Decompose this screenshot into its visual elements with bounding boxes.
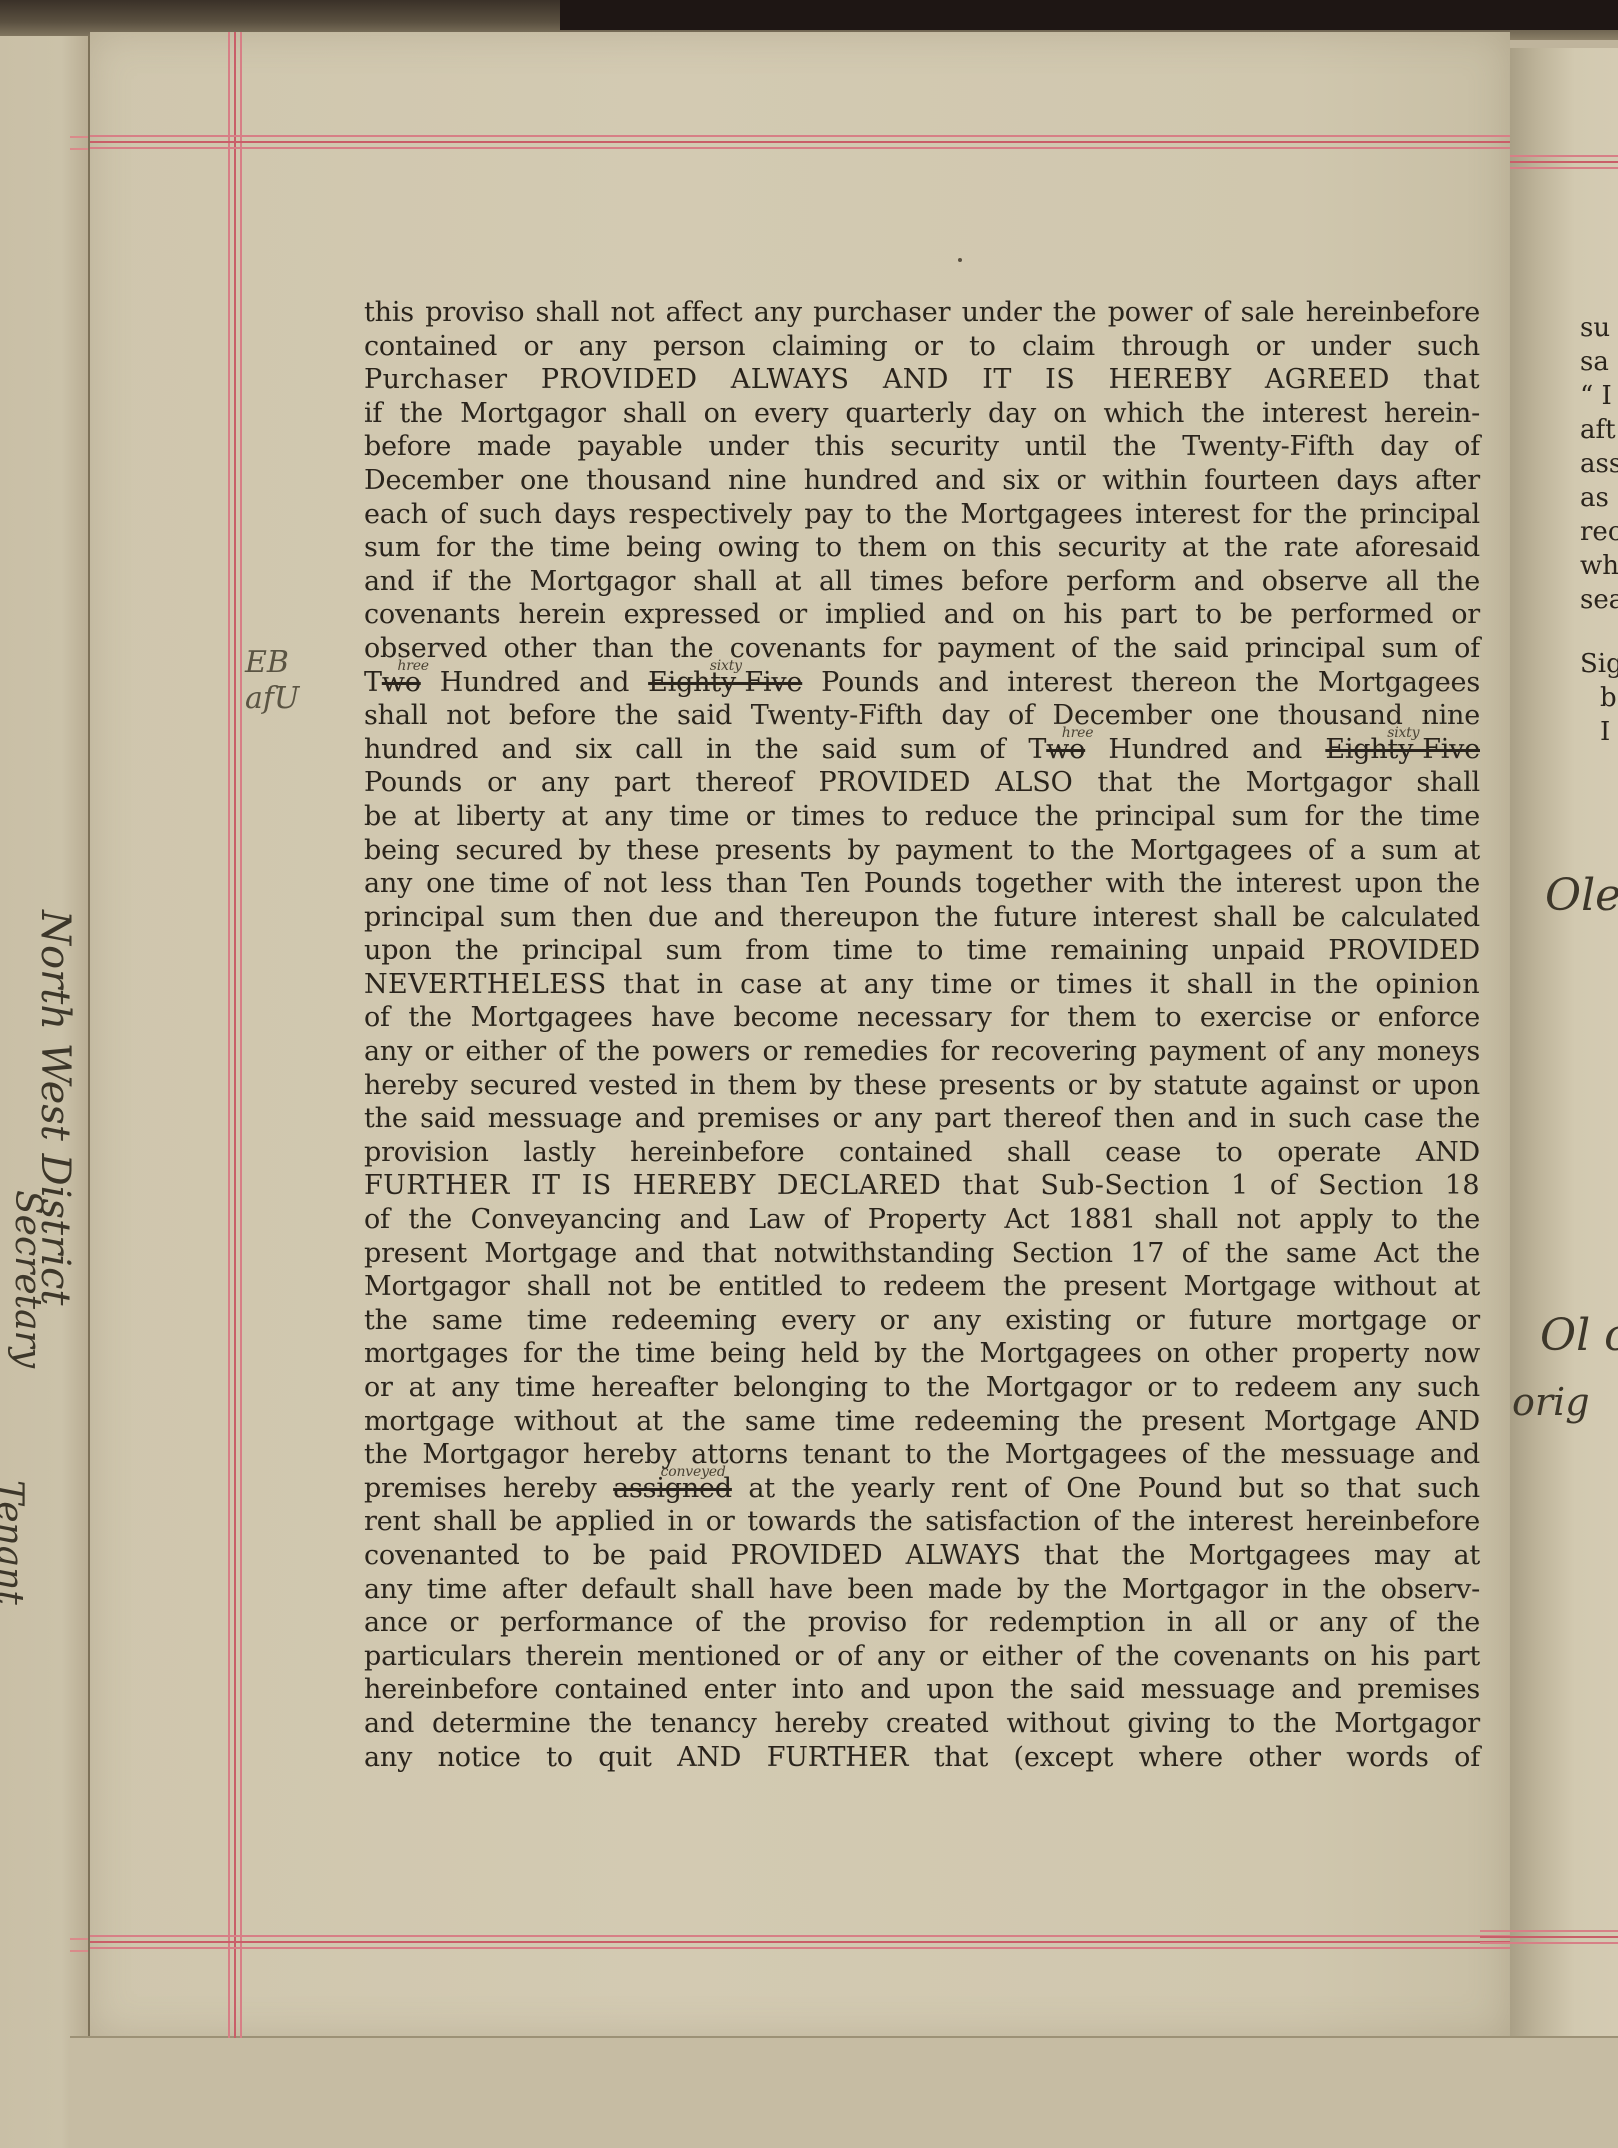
text-line: this proviso shall not affect any purcha… bbox=[364, 296, 1480, 330]
ruling-fragment bbox=[70, 1938, 88, 1952]
right-page-handwriting: Ol c bbox=[1540, 1310, 1618, 1361]
right-page-fragment: ass bbox=[1580, 448, 1618, 482]
text-line: contained or any person claiming or to c… bbox=[364, 330, 1480, 364]
text-line: NEVERTHELESS that in case at any time or… bbox=[364, 968, 1480, 1002]
margin-initials: EB afU bbox=[245, 645, 315, 717]
text-line: FURTHER IT IS HEREBY DECLARED that Sub-S… bbox=[364, 1169, 1480, 1203]
right-page-fragment: b bbox=[1600, 682, 1617, 716]
text-fragment: Hundred and bbox=[1085, 734, 1325, 765]
text-line: sum for the time being owing to them on … bbox=[364, 531, 1480, 565]
text-fragment: Pounds and interest thereon the Mortgage… bbox=[802, 667, 1480, 698]
text-line: any time after default shall have been m… bbox=[364, 1573, 1480, 1607]
text-fragment: premises hereby bbox=[364, 1473, 613, 1504]
initials-line: afU bbox=[245, 681, 315, 717]
margin-handwriting-vertical: Secretary bbox=[7, 1190, 48, 1368]
text-line-amended: hundred and six call in the said sum of … bbox=[364, 733, 1480, 767]
ink-dot bbox=[958, 258, 962, 262]
text-line: mortgage without at the same time redeem… bbox=[364, 1405, 1480, 1439]
text-line: hereby secured vested in them by these p… bbox=[364, 1069, 1480, 1103]
text-line: observed other than the covenants for pa… bbox=[364, 632, 1480, 666]
right-page-fragment: su bbox=[1580, 312, 1610, 346]
text-line-amended: Twohree Hundred and Eighty Fivesixty Pou… bbox=[364, 666, 1480, 700]
ruled-bottom-line bbox=[90, 1935, 1510, 1949]
text-line: any or either of the powers or remedies … bbox=[364, 1035, 1480, 1069]
deed-text-body: this proviso shall not affect any purcha… bbox=[364, 296, 1480, 1774]
handwritten-insertion: hree bbox=[1062, 717, 1093, 751]
ruled-top-line bbox=[90, 135, 1510, 149]
margin-handwriting-vertical: Tenant bbox=[0, 1480, 30, 1605]
text-line: if the Mortgagor shall on every quarterl… bbox=[364, 397, 1480, 431]
right-page-fragment: rec bbox=[1580, 516, 1618, 550]
text-line: ance or performance of the proviso for r… bbox=[364, 1606, 1480, 1640]
text-line: Pounds or any part thereof PROVIDED ALSO… bbox=[364, 766, 1480, 800]
text-fragment: Hundred and bbox=[421, 667, 648, 698]
text-line-amended: premises hereby assignedconveyed at the … bbox=[364, 1472, 1480, 1506]
text-line: before made payable under this security … bbox=[364, 430, 1480, 464]
right-page-fragment: sa bbox=[1580, 346, 1609, 380]
text-line: be at liberty at any time or times to re… bbox=[364, 800, 1480, 834]
handwritten-insertion: sixty bbox=[1387, 717, 1419, 751]
text-line: hereinbefore contained enter into and up… bbox=[364, 1673, 1480, 1707]
handwritten-insertion: hree bbox=[397, 650, 428, 684]
ruled-bottom-line-right bbox=[1480, 1930, 1618, 1944]
text-line: shall not before the said Twenty-Fifth d… bbox=[364, 699, 1480, 733]
text-line: Purchaser PROVIDED ALWAYS AND IT IS HERE… bbox=[364, 363, 1480, 397]
text-line: mortgages for the time being held by the… bbox=[364, 1337, 1480, 1371]
text-line: being secured by these presents by payme… bbox=[364, 834, 1480, 868]
text-fragment: T bbox=[364, 667, 382, 698]
text-line: December one thousand nine hundred and s… bbox=[364, 464, 1480, 498]
book-cover-edge bbox=[560, 0, 1618, 30]
right-page-handwriting: orig bbox=[1512, 1380, 1590, 1424]
right-page-fragment: wh bbox=[1580, 550, 1618, 584]
text-line: principal sum then due and thereupon the… bbox=[364, 901, 1480, 935]
text-line: rent shall be applied in or towards the … bbox=[364, 1505, 1480, 1539]
text-line: the same time redeeming every or any exi… bbox=[364, 1304, 1480, 1338]
text-line: present Mortgage and that notwithstandin… bbox=[364, 1237, 1480, 1271]
text-line: the said messuage and premises or any pa… bbox=[364, 1102, 1480, 1136]
handwritten-insertion: conveyed bbox=[661, 1456, 726, 1490]
text-line: or at any time hereafter belonging to th… bbox=[364, 1371, 1480, 1405]
ruled-margin-line bbox=[228, 32, 242, 2038]
text-line: upon the principal sum from time to time… bbox=[364, 934, 1480, 968]
text-line: of the Conveyancing and Law of Property … bbox=[364, 1203, 1480, 1237]
text-line: covenants herein expressed or implied an… bbox=[364, 598, 1480, 632]
right-page-handwriting: Ole bbox=[1545, 870, 1618, 921]
right-page-fragment: Sig bbox=[1580, 648, 1618, 682]
right-page-fragment: “ I bbox=[1580, 380, 1612, 414]
right-page-fragment: aft bbox=[1580, 414, 1616, 448]
text-line: covenanted to be paid PROVIDED ALWAYS th… bbox=[364, 1539, 1480, 1573]
ruling-fragment bbox=[70, 136, 88, 150]
page-stack-edge bbox=[70, 2036, 1618, 2148]
text-fragment: hundred and six call in the said sum of … bbox=[364, 734, 1046, 765]
handwritten-insertion: sixty bbox=[710, 650, 742, 684]
text-line: particulars therein mentioned or of any … bbox=[364, 1640, 1480, 1674]
text-line: each of such days respectively pay to th… bbox=[364, 498, 1480, 532]
right-page-fragment: I bbox=[1600, 716, 1610, 750]
text-line: the Mortgagor hereby attorns tenant to t… bbox=[364, 1438, 1480, 1472]
text-line: provision lastly hereinbefore contained … bbox=[364, 1136, 1480, 1170]
right-page-fragment: as bbox=[1580, 482, 1609, 516]
text-line: and determine the tenancy hereby created… bbox=[364, 1707, 1480, 1741]
text-line: of the Mortgagees have become necessary … bbox=[364, 1001, 1480, 1035]
text-line: and if the Mortgagor shall at all times … bbox=[364, 565, 1480, 599]
text-line: any notice to quit AND FURTHER that (exc… bbox=[364, 1741, 1480, 1775]
text-fragment: at the yearly rent of One Pound but so t… bbox=[732, 1473, 1480, 1504]
right-page-fragment: sea bbox=[1580, 584, 1618, 618]
text-line: Mortgagor shall not be entitled to redee… bbox=[364, 1270, 1480, 1304]
text-line: any one time of not less than Ten Pounds… bbox=[364, 867, 1480, 901]
ruled-top-line-right bbox=[1510, 155, 1618, 169]
initials-line: EB bbox=[245, 645, 315, 681]
